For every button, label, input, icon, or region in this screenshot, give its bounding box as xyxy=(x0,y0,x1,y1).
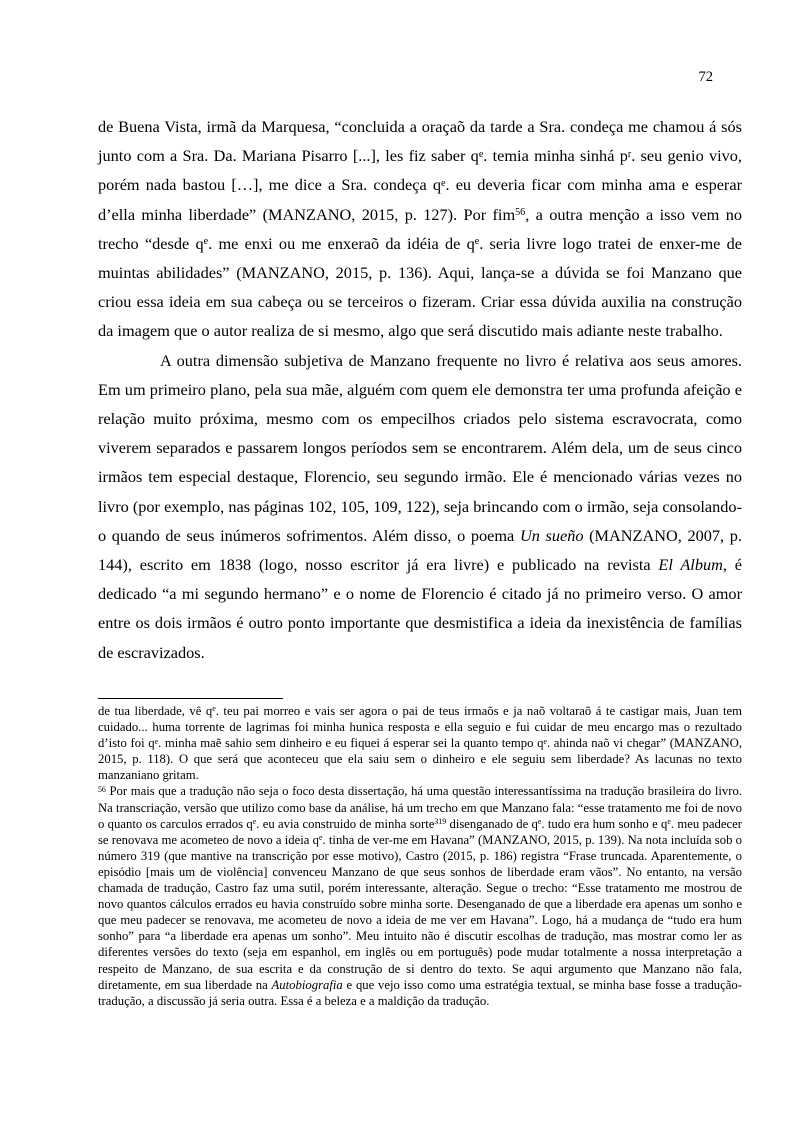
footnote-56-paragraph: 56 Por mais que a tradução não seja o fo… xyxy=(98,783,742,1008)
footnote-separator xyxy=(98,698,283,699)
document-page: 72 de Buena Vista, irmã da Marquesa, “co… xyxy=(0,0,800,1131)
page-number: 72 xyxy=(98,68,713,86)
footnote-continuation-paragraph: de tua liberdade, vê qe. teu pai morreo … xyxy=(98,703,742,783)
footnotes-section: de tua liberdade, vê qe. teu pai morreo … xyxy=(98,703,742,1009)
body-text: de Buena Vista, irmã da Marquesa, “concl… xyxy=(98,112,742,667)
body-paragraph: de Buena Vista, irmã da Marquesa, “concl… xyxy=(98,112,742,346)
body-paragraph: A outra dimensão subjetiva de Manzano fr… xyxy=(98,346,742,667)
